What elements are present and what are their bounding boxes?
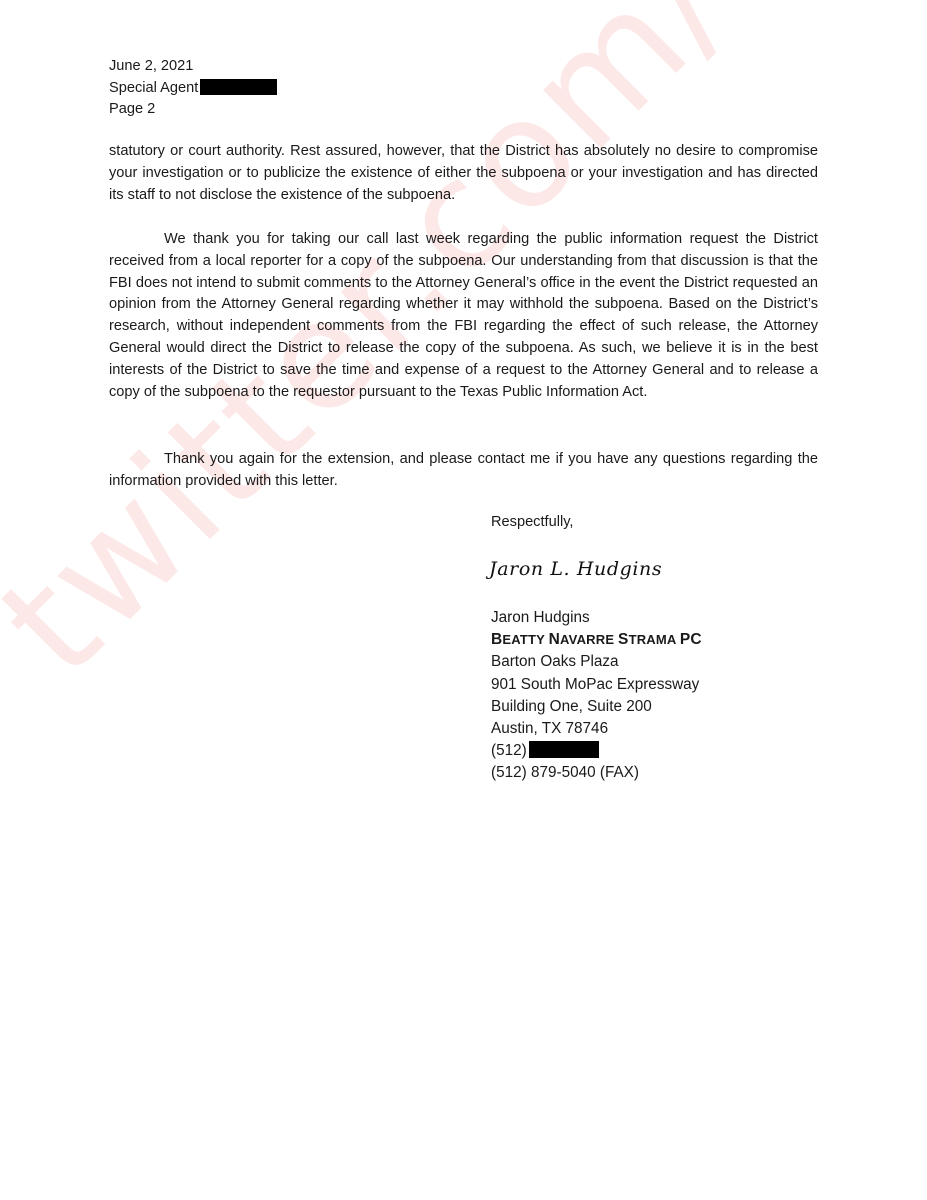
phone-line: (512) [491,740,702,762]
signer-name: Jaron Hudgins [491,607,702,629]
address-line-2: 901 South MoPac Expressway [491,674,702,696]
paragraph-text: statutory or court authority. Rest assur… [109,141,818,206]
address-line-1: Barton Oaks Plaza [491,651,702,673]
redacted-phone [529,741,599,758]
letter-date: June 2, 2021 [109,56,277,78]
valediction: Respectfully, [491,514,573,530]
firm-word-rest: AVARRE [560,632,614,647]
paragraph-1: statutory or court authority. Rest assur… [109,141,818,206]
paragraph-text: We thank you for taking our call last we… [109,229,818,403]
firm-word-cap: B [491,631,502,648]
address-line-3: Building One, Suite 200 [491,696,702,718]
letter-page: twitter.com/amnj June 2, 2021 Special Ag… [0,0,927,1200]
letter-content: June 2, 2021 Special Agent Page 2 statut… [0,0,927,1200]
firm-word-rest: TRAMA [629,632,676,647]
paragraph-3: Thank you again for the extension, and p… [109,449,818,493]
fax-line: (512) 879-5040 (FAX) [491,762,702,784]
firm-word-cap: S [618,631,629,648]
recipient-line: Special Agent [109,78,277,100]
firm-word-cap: PC [680,631,702,648]
signature-block: Jaron Hudgins BEATTY NAVARRE STRAMA PC B… [491,607,702,785]
firm-word-rest: EATTY [502,632,544,647]
address-line-4: Austin, TX 78746 [491,718,702,740]
firm-word-cap: N [549,631,560,648]
signature: Jaron L. Hudgins [489,558,662,580]
paragraph-text: Thank you again for the extension, and p… [109,449,818,493]
recipient-prefix: Special Agent [109,80,198,96]
letter-header: June 2, 2021 Special Agent Page 2 [109,56,277,121]
phone-prefix: (512) [491,742,527,759]
paragraph-2: We thank you for taking our call last we… [109,229,818,403]
page-number: Page 2 [109,99,277,121]
firm-name: BEATTY NAVARRE STRAMA PC [491,629,702,651]
redacted-agent-name [200,79,277,95]
